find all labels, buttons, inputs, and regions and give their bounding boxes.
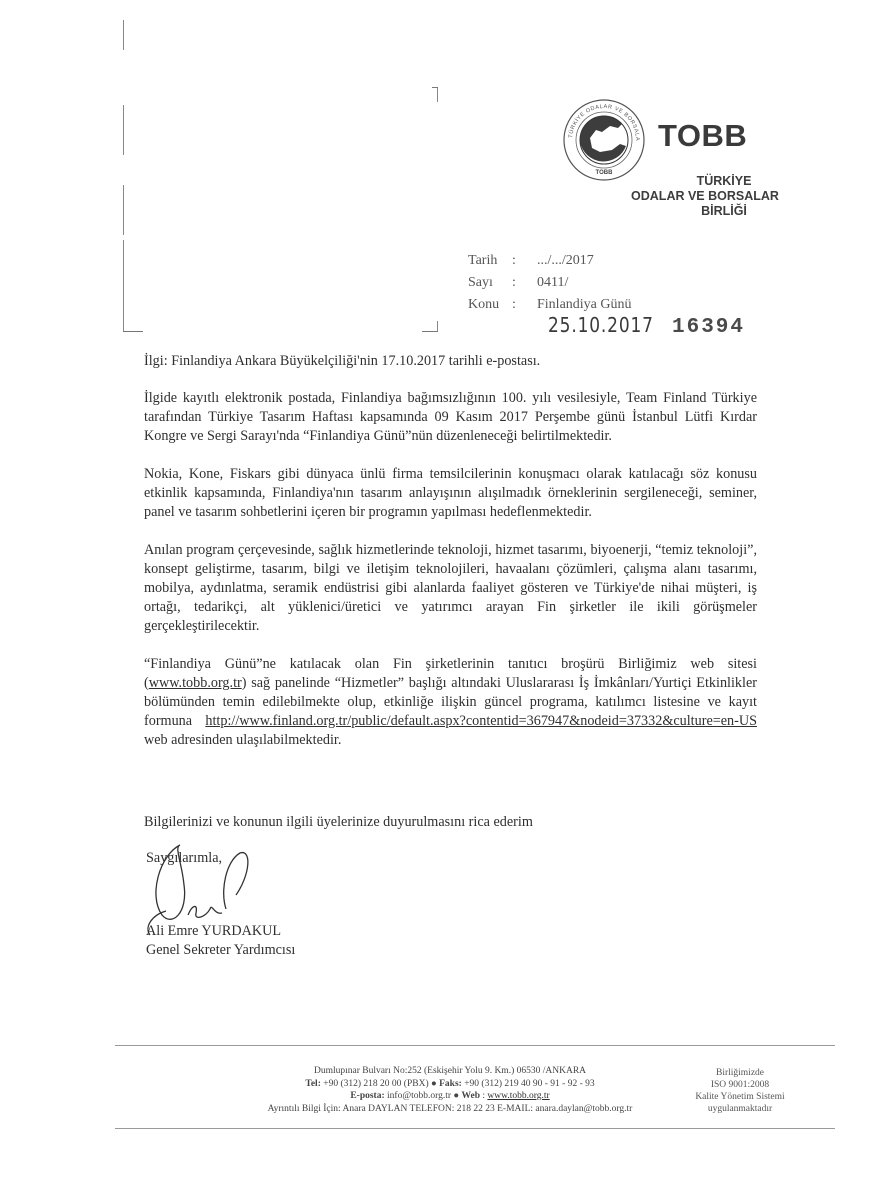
org-line-3: BİRLİĞİ [648, 204, 800, 219]
crop-mark-top-right-h [432, 87, 438, 88]
crop-mark-bottom-right-h [422, 331, 438, 332]
meta-colon: : [512, 272, 537, 294]
signer-title: Genel Sekreter Yardımcısı [146, 941, 295, 960]
letter-meta: Tarih : .../.../2017 Sayı : 0411/ Konu :… [468, 250, 632, 316]
meta-value: 0411/ [537, 272, 568, 294]
meta-colon: : [512, 250, 537, 272]
footer-web-link[interactable]: www.tobb.org.tr [487, 1091, 549, 1101]
footer-bottom-rule [115, 1128, 835, 1129]
paragraph: Nokia, Kone, Fiskars gibi dünyaca ünlü f… [144, 465, 757, 522]
tel-label: Tel: [305, 1079, 320, 1089]
iso-notice: Birliğimizde ISO 9001:2008 Kalite Yöneti… [670, 1067, 810, 1115]
paragraph: İlgide kayıtlı elektronik postada, Finla… [144, 389, 757, 446]
iso-line: Kalite Yönetim Sistemi [670, 1091, 810, 1103]
footer-top-rule [115, 1045, 835, 1046]
crop-mark-left-2 [123, 185, 124, 235]
meta-label: Tarih [468, 250, 512, 272]
closing-line: Bilgilerinizi ve konunun ilgili üyelerin… [144, 813, 533, 832]
crop-mark-left-top [123, 20, 124, 50]
crop-mark-left-3 [123, 240, 124, 332]
letter-body: İlgi: Finlandiya Ankara Büyükelçiliği'ni… [144, 352, 757, 769]
web-label: Web [462, 1091, 480, 1101]
stamp-date: 25.10.2017 [548, 313, 654, 337]
footer-address: Dumlupınar Bulvarı No:252 (Eskişehir Yol… [230, 1065, 670, 1078]
meta-date: Tarih : .../.../2017 [468, 250, 632, 272]
tobb-seal-logo-icon: TOBB TÜRKİYE ODALAR VE BORSALAR BİRLİĞİ [562, 98, 646, 182]
crop-mark-bottom-left [123, 331, 143, 332]
meta-colon: : [512, 294, 537, 316]
organization-name: TÜRKİYE ODALAR VE BORSALAR BİRLİĞİ [610, 174, 800, 219]
paragraph-links: “Finlandiya Günü”ne katılacak olan Fin ş… [144, 655, 757, 750]
org-line-1: TÜRKİYE [648, 174, 800, 189]
tel-value: +90 (312) 218 20 00 (PBX) [323, 1079, 428, 1089]
iso-line: uygulanmaktadır [670, 1103, 810, 1115]
signer-block: Ali Emre YURDAKUL Genel Sekreter Yardımc… [146, 922, 295, 960]
finland-registration-link[interactable]: http://www.finland.org.tr/public/default… [205, 713, 757, 729]
tobb-website-link[interactable]: www.tobb.org.tr [149, 675, 242, 691]
text: web adresinden ulaşılabilmektedir. [144, 732, 341, 748]
signer-name: Ali Emre YURDAKUL [146, 922, 295, 941]
iso-line: ISO 9001:2008 [670, 1079, 810, 1091]
email-value[interactable]: info@tobb.org.tr [387, 1091, 451, 1101]
meta-label: Konu [468, 294, 512, 316]
fax-value: +90 (312) 219 40 90 - 91 - 92 - 93 [464, 1079, 594, 1089]
reference-line: İlgi: Finlandiya Ankara Büyükelçiliği'ni… [144, 352, 757, 371]
footer-email-web: E-posta: info@tobb.org.tr ● Web : www.to… [230, 1090, 670, 1103]
brand-name: TOBB [658, 118, 747, 154]
meta-number: Sayı : 0411/ [468, 272, 632, 294]
org-line-2: ODALAR VE BORSALAR [610, 189, 800, 204]
meta-label: Sayı [468, 272, 512, 294]
footer-phone-fax: Tel: +90 (312) 218 20 00 (PBX) ● Faks: +… [230, 1078, 670, 1091]
iso-line: Birliğimizde [670, 1067, 810, 1079]
bullet-icon: ● [431, 1079, 437, 1089]
crop-mark-left-1 [123, 105, 124, 155]
footer-detail-contact: Ayrıntılı Bilgi İçin: Anara DAYLAN TELEF… [230, 1103, 670, 1116]
bullet-icon: ● [453, 1091, 459, 1101]
email-label: E-posta: [350, 1091, 384, 1101]
meta-value: .../.../2017 [537, 250, 594, 272]
crop-mark-top-right [437, 87, 438, 102]
paragraph: Anılan program çerçevesinde, sağlık hizm… [144, 541, 757, 636]
footer-contact: Dumlupınar Bulvarı No:252 (Eskişehir Yol… [230, 1065, 670, 1115]
fax-label: Faks: [439, 1079, 462, 1089]
stamp-number: 16394 [672, 316, 745, 339]
